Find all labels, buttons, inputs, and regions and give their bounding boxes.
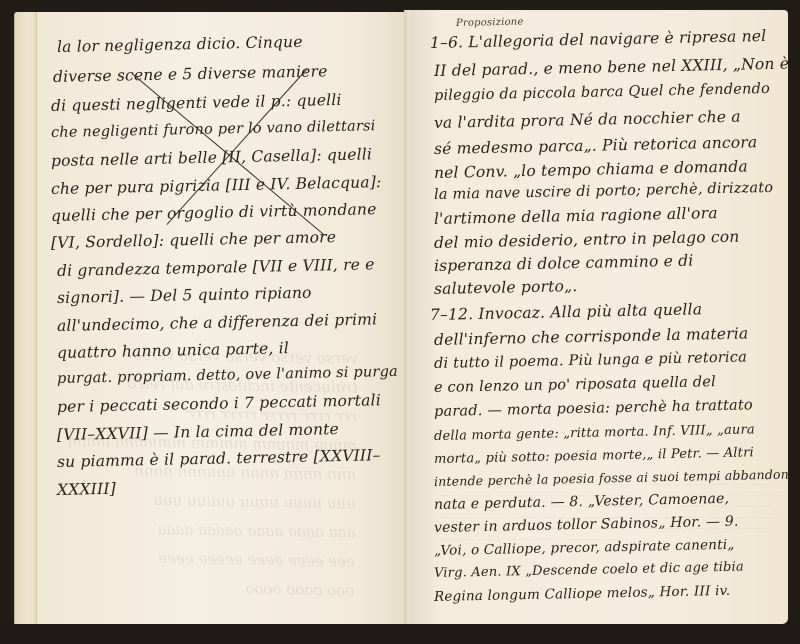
margin-note: Proposizione xyxy=(456,17,524,29)
right-line-6: nel Conv. „lo tempo chiama e domanda xyxy=(434,157,748,182)
left-line-4: che negligenti furono per lo vano dilett… xyxy=(51,118,376,141)
right-line-15: e con lenzo un po' riposata quella del xyxy=(434,374,716,396)
left-line-16: su piamma è il parad. terrestre [XXVIII– xyxy=(57,446,381,471)
left-page: verso verso verso verso verso tralucente… xyxy=(36,12,411,626)
left-line-5: posta nelle arti belle [II, Casella]: qu… xyxy=(51,145,372,170)
left-line-8: [VI, Sordello]: quelli che per amore xyxy=(51,228,337,252)
right-line-16: parad. — morta poesia: perchè ha trattat… xyxy=(434,397,753,420)
right-line-5: sé medesmo parca„. Più retorica ancora xyxy=(434,133,758,158)
left-line-10: signori]. — Del 5 quinto ripiano xyxy=(57,284,312,307)
left-line-2: diverse scene e 5 diverse maniere xyxy=(53,62,328,86)
left-line-9: di grandezza temporale [VII e VIII, re e xyxy=(57,255,375,280)
right-line-2: II del parad., e meno bene nel XXIII, „N… xyxy=(434,55,788,80)
left-line-12: quattro hanno unica parte, il xyxy=(57,339,289,362)
right-line-23: Virg. Aen. IX „Descende coelo et dic age… xyxy=(434,560,744,581)
left-line-1: la lor negligenza dicio. Cinque xyxy=(57,33,303,56)
left-line-15: [VII–XXVII] — In la cima del monte xyxy=(57,420,339,444)
right-line-8: l'artimone della mia ragione all'ora xyxy=(434,204,718,228)
right-line-12: 7–12. Invocaz. Alla più alta quella xyxy=(430,300,703,324)
left-line-6: che per pura pigrizia [III e IV. Belacqu… xyxy=(51,173,382,198)
left-line-7: quelli che per orgoglio di virtù mondane xyxy=(51,200,377,225)
left-line-14: per i peccati secondo i 7 peccati mortal… xyxy=(57,391,381,416)
right-line-13: dell'inferno che corrisponde la materia xyxy=(434,324,749,349)
right-line-1: 1–6. L'allegoria del navigare è ripresa … xyxy=(430,27,767,52)
right-line-14: di tutto il poema. Più lunga e più retor… xyxy=(434,349,747,372)
right-line-7: la mia nave uscire di porto; perchè, dir… xyxy=(434,180,774,203)
left-line-13: purgat. propriam. detto, ove l'animo si … xyxy=(57,364,398,387)
right-line-9: del mio desiderio, entro in pelago con xyxy=(434,228,740,252)
right-line-10: isperanza di dolce cammino e di xyxy=(434,252,694,275)
right-line-4: va l'ardita prora Né da nocchier che a xyxy=(434,108,741,132)
right-line-11: salutevole porto„. xyxy=(434,277,578,298)
right-line-17: della morta gente: „ritta morta. Inf. VI… xyxy=(434,422,755,444)
right-line-3: pileggio da piccola barca Quel che fende… xyxy=(434,81,770,104)
left-line-3: di questi negligenti vede il p.: quelli xyxy=(51,91,342,115)
photo-bottom-edge xyxy=(0,624,800,644)
left-line-17: XXXIII] xyxy=(57,480,116,499)
right-page: ————— ——— ——————— ———— ——— ——— ————— ———… xyxy=(410,10,788,624)
right-line-24: Regina longum Calliope melos„ Hor. III i… xyxy=(434,583,731,605)
right-line-18: morta„ più sotto: poesia morte,„ il Petr… xyxy=(434,445,754,467)
left-line-11: all'undecimo, che a differenza dei primi xyxy=(57,310,378,335)
